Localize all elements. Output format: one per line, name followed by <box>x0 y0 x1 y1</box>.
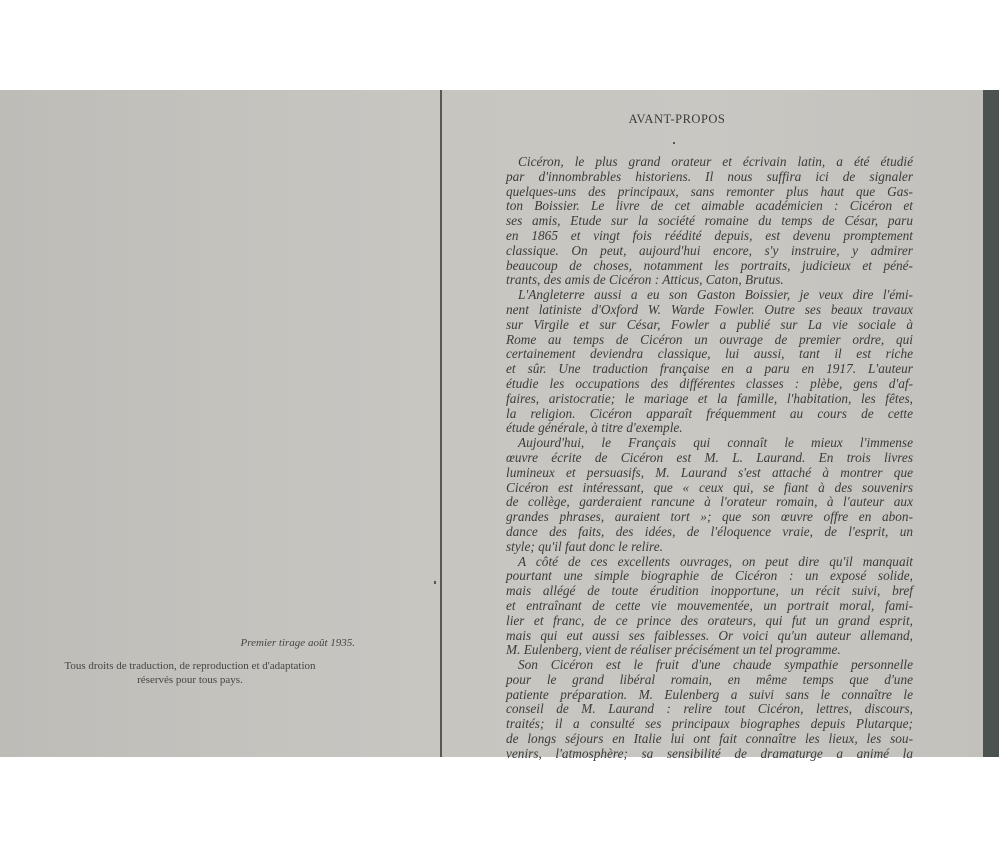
text-line: par d'innombrables historiens. Il nous s… <box>506 170 913 185</box>
text-line: en 1865 et vingt fois réédité depuis, es… <box>506 229 913 244</box>
ink-speck <box>673 142 675 144</box>
text-line: étudie les occupations des différentes c… <box>506 377 913 392</box>
text-line: ton Boissier. Le livre de cet aimable ac… <box>506 199 913 214</box>
text-line: étude générale, à titre d'exemple. <box>506 421 913 436</box>
text-line: pourtant une simple biographie de Cicéro… <box>506 569 913 584</box>
text-line: venirs, l'atmosphère; sa sensibilité de … <box>506 747 913 762</box>
text-line: M. Eulenberg, vient de réaliser précisém… <box>506 643 913 658</box>
book-cover-edge <box>983 90 999 757</box>
text-line: lumineux et persuasifs, M. Laurand s'est… <box>506 466 913 481</box>
text-line: L'Angleterre aussi a eu son Gaston Boiss… <box>506 288 913 303</box>
text-line: la religion. Cicéron apparaît fréquemmen… <box>506 407 913 422</box>
text-line: lier et franc, de ce prince des orateurs… <box>506 614 913 629</box>
text-line: certainement deviendra classique, lui au… <box>506 347 913 362</box>
text-line: patiente préparation. M. Eulenberg a sui… <box>506 688 913 703</box>
text-line: trants, des amis de Cicéron : Atticus, C… <box>506 273 913 288</box>
text-line: mais allégé de toute érudition inopportu… <box>506 584 913 599</box>
text-line: Aujourd'hui, le Français qui connaît le … <box>506 436 913 451</box>
text-line: grandes phrases, auraient tort »; que so… <box>506 510 913 525</box>
rights-notice: Tous droits de traduction, de reproducti… <box>35 659 345 687</box>
text-line: Cicéron, le plus grand orateur et écriva… <box>506 155 913 170</box>
page-title: AVANT-PROPOS <box>442 112 912 127</box>
rights-line-2: réservés pour tous pays. <box>35 673 345 687</box>
text-line: beaucoup de choses, notamment les portra… <box>506 259 913 274</box>
text-line: A côté de ces excellents ouvrages, on pe… <box>506 555 913 570</box>
text-line: pour le grand libéral romain, en même te… <box>506 673 913 688</box>
text-line: de collège, garderaient rancune à l'orat… <box>506 495 913 510</box>
text-line: Rome au temps de Cicéron un ouvrage de p… <box>506 333 913 348</box>
text-line: de longs séjours en Italie lui ont fait … <box>506 732 913 747</box>
book-spread: Premier tirage août 1935. Tous droits de… <box>0 90 999 757</box>
printing-note: Premier tirage août 1935. <box>0 637 355 649</box>
text-line: dance des faits, des idées, de l'éloquen… <box>506 525 913 540</box>
left-page: Premier tirage août 1935. Tous droits de… <box>0 90 440 757</box>
text-line: mais qui eut aussi ses faiblesses. Or vo… <box>506 629 913 644</box>
rights-line-1: Tous droits de traduction, de reproducti… <box>35 659 345 673</box>
text-line: style; qu'il faut donc le relire. <box>506 540 913 555</box>
text-line: conseil de M. Laurand : relire tout Cicé… <box>506 702 913 717</box>
text-line: ses amis, Etude sur la société romaine d… <box>506 214 913 229</box>
text-line: Son Cicéron est le fruit d'une chaude sy… <box>506 658 913 673</box>
text-line: œuvre écrite de Cicéron est M. L. Lauran… <box>506 451 913 466</box>
ink-speck <box>434 581 436 584</box>
text-line: et sûr. Une traduction française en a pa… <box>506 362 913 377</box>
text-line: nent latiniste d'Oxford W. Warde Fowler.… <box>506 303 913 318</box>
text-line: Cicéron est intéressant, que « ceux qui,… <box>506 481 913 496</box>
text-line: traités; il a consulté ses principaux bi… <box>506 717 913 732</box>
text-line: et entraînant de cette vie mouvementée, … <box>506 599 913 614</box>
text-line: quelques-uns des principaux, sans remont… <box>506 185 913 200</box>
text-line: faires, aristocratie; le mariage et la f… <box>506 392 913 407</box>
body-text: Cicéron, le plus grand orateur et écriva… <box>506 155 913 762</box>
text-line: classique. On peut, aujourd'hui encore, … <box>506 244 913 259</box>
text-line: sur Virgile et sur César, Fowler a publi… <box>506 318 913 333</box>
